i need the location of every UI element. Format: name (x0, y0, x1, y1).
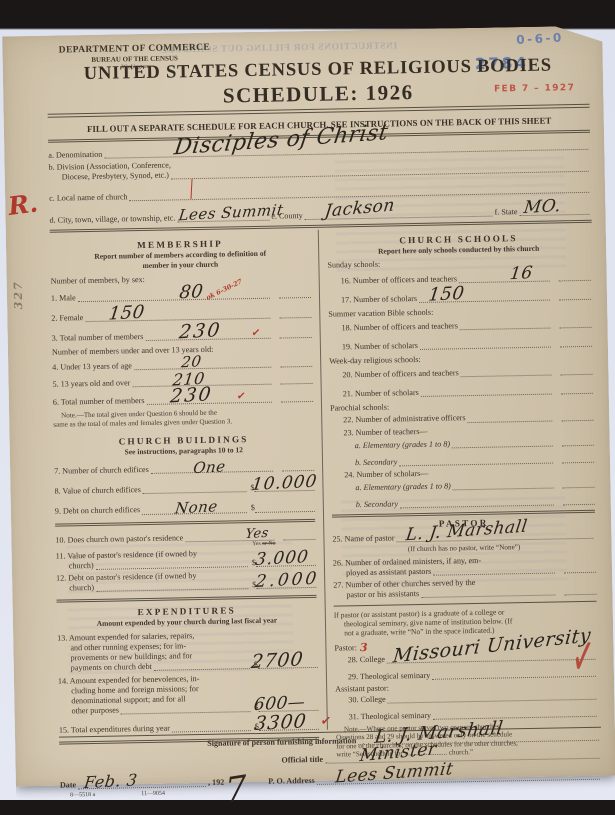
dotted-line: Minister (325, 756, 599, 764)
dotted-line (421, 392, 552, 397)
dotted-line (433, 714, 597, 720)
q1-label: 1. Male (51, 293, 76, 303)
year-digit-slot: 7 (224, 778, 240, 786)
q24a-row: a. Elementary (grades 1 to 8) (331, 479, 594, 493)
dotted-line (420, 345, 551, 350)
weekday-schools-label: Week-day religious schools: (329, 352, 592, 366)
q10-handwritten-value: Yes (244, 527, 269, 543)
form-columns: MEMBERSHIP Report number of members acco… (50, 225, 601, 735)
field-state-label: f. State (494, 207, 517, 216)
q15-total-row: 15. Total expenditures during year $ 330… (59, 721, 319, 735)
q2-handwritten-value: 150 (108, 302, 146, 324)
signature-label: Signature of person furnishing informati… (207, 736, 356, 748)
q29-label: 29. Theological seminary (348, 670, 430, 681)
q16-handwritten-value: 16 (509, 264, 534, 284)
q13-handwritten-value: 2700 (250, 649, 305, 673)
q6-label: 6. Total number of members (53, 396, 145, 407)
q23b-label: b. Secondary (355, 457, 397, 467)
q12-label-line2: church) (56, 583, 94, 593)
q6-handwritten-value: 230 (169, 384, 214, 408)
dotted-line (279, 295, 311, 299)
q24b-label: b. Secondary (356, 499, 398, 509)
sunday-schools-label: Sunday schools: (327, 256, 590, 270)
dotted-line: 150 (419, 298, 550, 303)
dotted-line (400, 502, 554, 508)
check-icon: ✓ (251, 327, 261, 340)
dotted-line (564, 570, 596, 574)
q20-label: 20. Number of officers and teachers (342, 369, 458, 380)
dotted-line (143, 490, 247, 495)
date-handwritten: Feb. 3 (83, 771, 138, 792)
q18-row: 18. Number of officers and teachers (328, 319, 591, 333)
q3-total-row: 3. Total number of members 230 ✓ (52, 329, 312, 343)
dotted-line: Jackson (305, 213, 493, 219)
divider (57, 595, 317, 603)
dotted-line: 230 ✓ (145, 336, 270, 341)
dotted-line (96, 564, 248, 570)
dotted-line (171, 169, 589, 180)
field-division-label-line2: Diocese, Presbytery, Synod, etc.) (49, 170, 169, 181)
po-address-label: P. O. Address (268, 776, 315, 786)
form-code-2: 11—9054 (141, 791, 165, 797)
q21-label: 21. Number of scholars (343, 388, 419, 398)
dotted-line: 16 (459, 279, 550, 284)
q4-label: 4. Under 13 years of age (52, 361, 132, 372)
dotted-line (560, 372, 592, 376)
q15-handwritten-value: 3300 (253, 711, 308, 735)
q23-label: 23. Number of teachers— (330, 423, 593, 437)
dotted-line: MO. (519, 212, 589, 216)
q9-handwritten-value: None (174, 498, 219, 517)
dotted-line: 230 ✓ (147, 400, 272, 405)
q14-label-line4: other purposes (58, 706, 119, 716)
field-local-name-row: c. Local name of church (49, 183, 591, 202)
q25-label: 25. Name of pastor (332, 533, 394, 543)
q6-total-row: 6. Total number of members 230 ✓ (53, 393, 313, 407)
q28-label: 28. College (348, 654, 385, 664)
dotted-line (281, 381, 313, 385)
q11-label-line2: church) (56, 561, 94, 571)
q13-label-line4: payments on church debt (58, 662, 152, 673)
q7-handwritten-value: One (192, 458, 226, 477)
q18-label: 18. Number of officers and teachers (341, 321, 457, 332)
q12-handwritten-value: 2.000 (254, 569, 320, 592)
q21-row: 21. Number of scholars (330, 385, 593, 399)
q15-label: 15. Total expenditures during year (59, 724, 170, 735)
form-content: DEPARTMENT OF COMMERCE BUREAU OF THE CEN… (2, 26, 615, 787)
q5-label: 5. 13 years old and over (52, 378, 130, 388)
dotted-line: 3.000 (256, 563, 316, 567)
summer-schools-label: Summer vacation Bible schools: (328, 305, 591, 319)
dotted-line (453, 485, 554, 490)
dotted-line: 3300 ✓ (259, 727, 319, 731)
dotted-line (280, 364, 312, 368)
q8-value-row: 8. Value of church edifices $ 10.000 (54, 482, 314, 496)
q25-caption: (If church has no pastor, write “None”) (333, 542, 596, 555)
q23a-label: a. Elementary (grades 1 to 8) (355, 439, 450, 450)
dotted-line: 2700 (258, 665, 318, 669)
year-digit-handwritten: 7 (225, 769, 249, 800)
dotted-line (283, 536, 315, 540)
field-denomination-label: a. Denomination (48, 149, 102, 159)
dotted-line (562, 442, 594, 446)
dotted-line (563, 502, 595, 506)
dotted-line: Lees Summit (177, 218, 269, 223)
dotted-line (461, 373, 552, 378)
dotted-line (562, 459, 594, 463)
left-column: MEMBERSHIP Report number of members acco… (50, 230, 327, 735)
field-local-name-label: c. Local name of church (49, 192, 128, 202)
dotted-line (452, 443, 553, 448)
dotted-line (388, 697, 597, 704)
dotted-line: Missouri University (387, 656, 596, 663)
dotted-line (154, 666, 250, 671)
q24b-row: b. Secondary (332, 496, 595, 510)
dotted-line (121, 709, 251, 714)
divider (55, 518, 315, 526)
q20-row: 20. Number of officers and teachers (329, 366, 592, 380)
dotted-line (564, 592, 596, 596)
q27-label-line2: pastor or his assistants (333, 589, 419, 600)
q24-label: 24. Number of scholars— (331, 465, 594, 479)
q19-row: 19. Number of scholars (329, 338, 592, 352)
dotted-line: 2.000 (256, 585, 316, 589)
dotted-line: 150 (85, 316, 270, 322)
dotted-line: 80 ok 6-30-27 (78, 296, 270, 303)
q22-label: 22. Number of administrative officers (343, 414, 466, 425)
q2-label: 2. Female (51, 313, 83, 323)
dotted-line (562, 485, 594, 489)
dotted-line (399, 460, 553, 466)
dotted-line (255, 508, 315, 512)
q17-label: 17. Number of scholars (341, 294, 417, 304)
dotted-line (279, 315, 311, 319)
dotted-line (468, 418, 553, 423)
po-address-handwritten: Lees Summit (334, 760, 455, 788)
q17-handwritten-value: 150 (427, 284, 465, 306)
q23a-row: a. Elementary (grades 1 to 8) (331, 436, 594, 450)
dotted-line: 10.000 (255, 488, 315, 492)
dotted-line (421, 593, 555, 598)
q1-male-row: 1. Male 80 ok 6-30-27 (51, 289, 311, 303)
city-handwritten-value: Lees Summit (177, 202, 284, 225)
q24a-label: a. Elementary (grades 1 to 8) (355, 481, 450, 492)
red-number-annotation: 3 (360, 642, 368, 654)
dotted-line (561, 391, 593, 395)
q31-label: 31. Theological seminary (349, 711, 431, 722)
form-code-1: 8—5518 a (70, 792, 95, 798)
dotted-line: Feb. 3 (78, 784, 206, 789)
q3-label: 3. Total number of members (52, 332, 144, 343)
q8-label: 8. Value of church edifices (54, 485, 141, 496)
census-schedule-document: INSTRUCTIONS FOR FILLING OUT SCHEDULE 0-… (2, 26, 615, 787)
date-label: Date (60, 780, 76, 789)
q17-row: 17. Number of scholars 150 (328, 291, 591, 305)
right-column: ✓ CHURCH SCHOOLS Report here only school… (318, 225, 601, 730)
dotted-line (280, 335, 312, 339)
q8-handwritten-value: 10.000 (251, 473, 319, 496)
dotted-line (560, 325, 592, 329)
dotted-line (560, 344, 592, 348)
q30-label: 30. College (348, 694, 385, 704)
q19-label: 19. Number of scholars (342, 341, 418, 351)
field-city-label: d. City, town, village, or township, etc… (49, 213, 175, 224)
q26-label-line2: ployed as assistant pastors (333, 567, 431, 578)
county-handwritten-value: Jackson (324, 196, 396, 221)
year-prefix-label: , 192 (208, 778, 224, 787)
official-title-label: Official title (281, 755, 323, 765)
dotted-line (460, 326, 551, 331)
q11-handwritten-value: 3.000 (254, 548, 310, 570)
dotted-line: None (142, 510, 247, 515)
q9-label: 9. Debt on church edifices (55, 506, 140, 517)
q3-handwritten-value: 230 (178, 320, 223, 344)
dotted-line (281, 399, 313, 403)
q9-debt-row: 9. Debt on church edifices None $ (55, 502, 315, 516)
dotted-line (433, 571, 555, 576)
pastor-grad-label: Pastor: (334, 644, 357, 653)
dotted-line: One (151, 469, 273, 474)
dotted-line (559, 278, 591, 282)
dotted-line (561, 417, 593, 421)
check-icon: ✓ (236, 390, 246, 403)
q7-label: 7. Number of church edifices (54, 465, 149, 476)
q1-handwritten-value: 80 (178, 282, 204, 304)
dotted-line (96, 586, 248, 592)
dotted-line (559, 297, 591, 301)
state-handwritten-value: MO. (522, 197, 562, 218)
